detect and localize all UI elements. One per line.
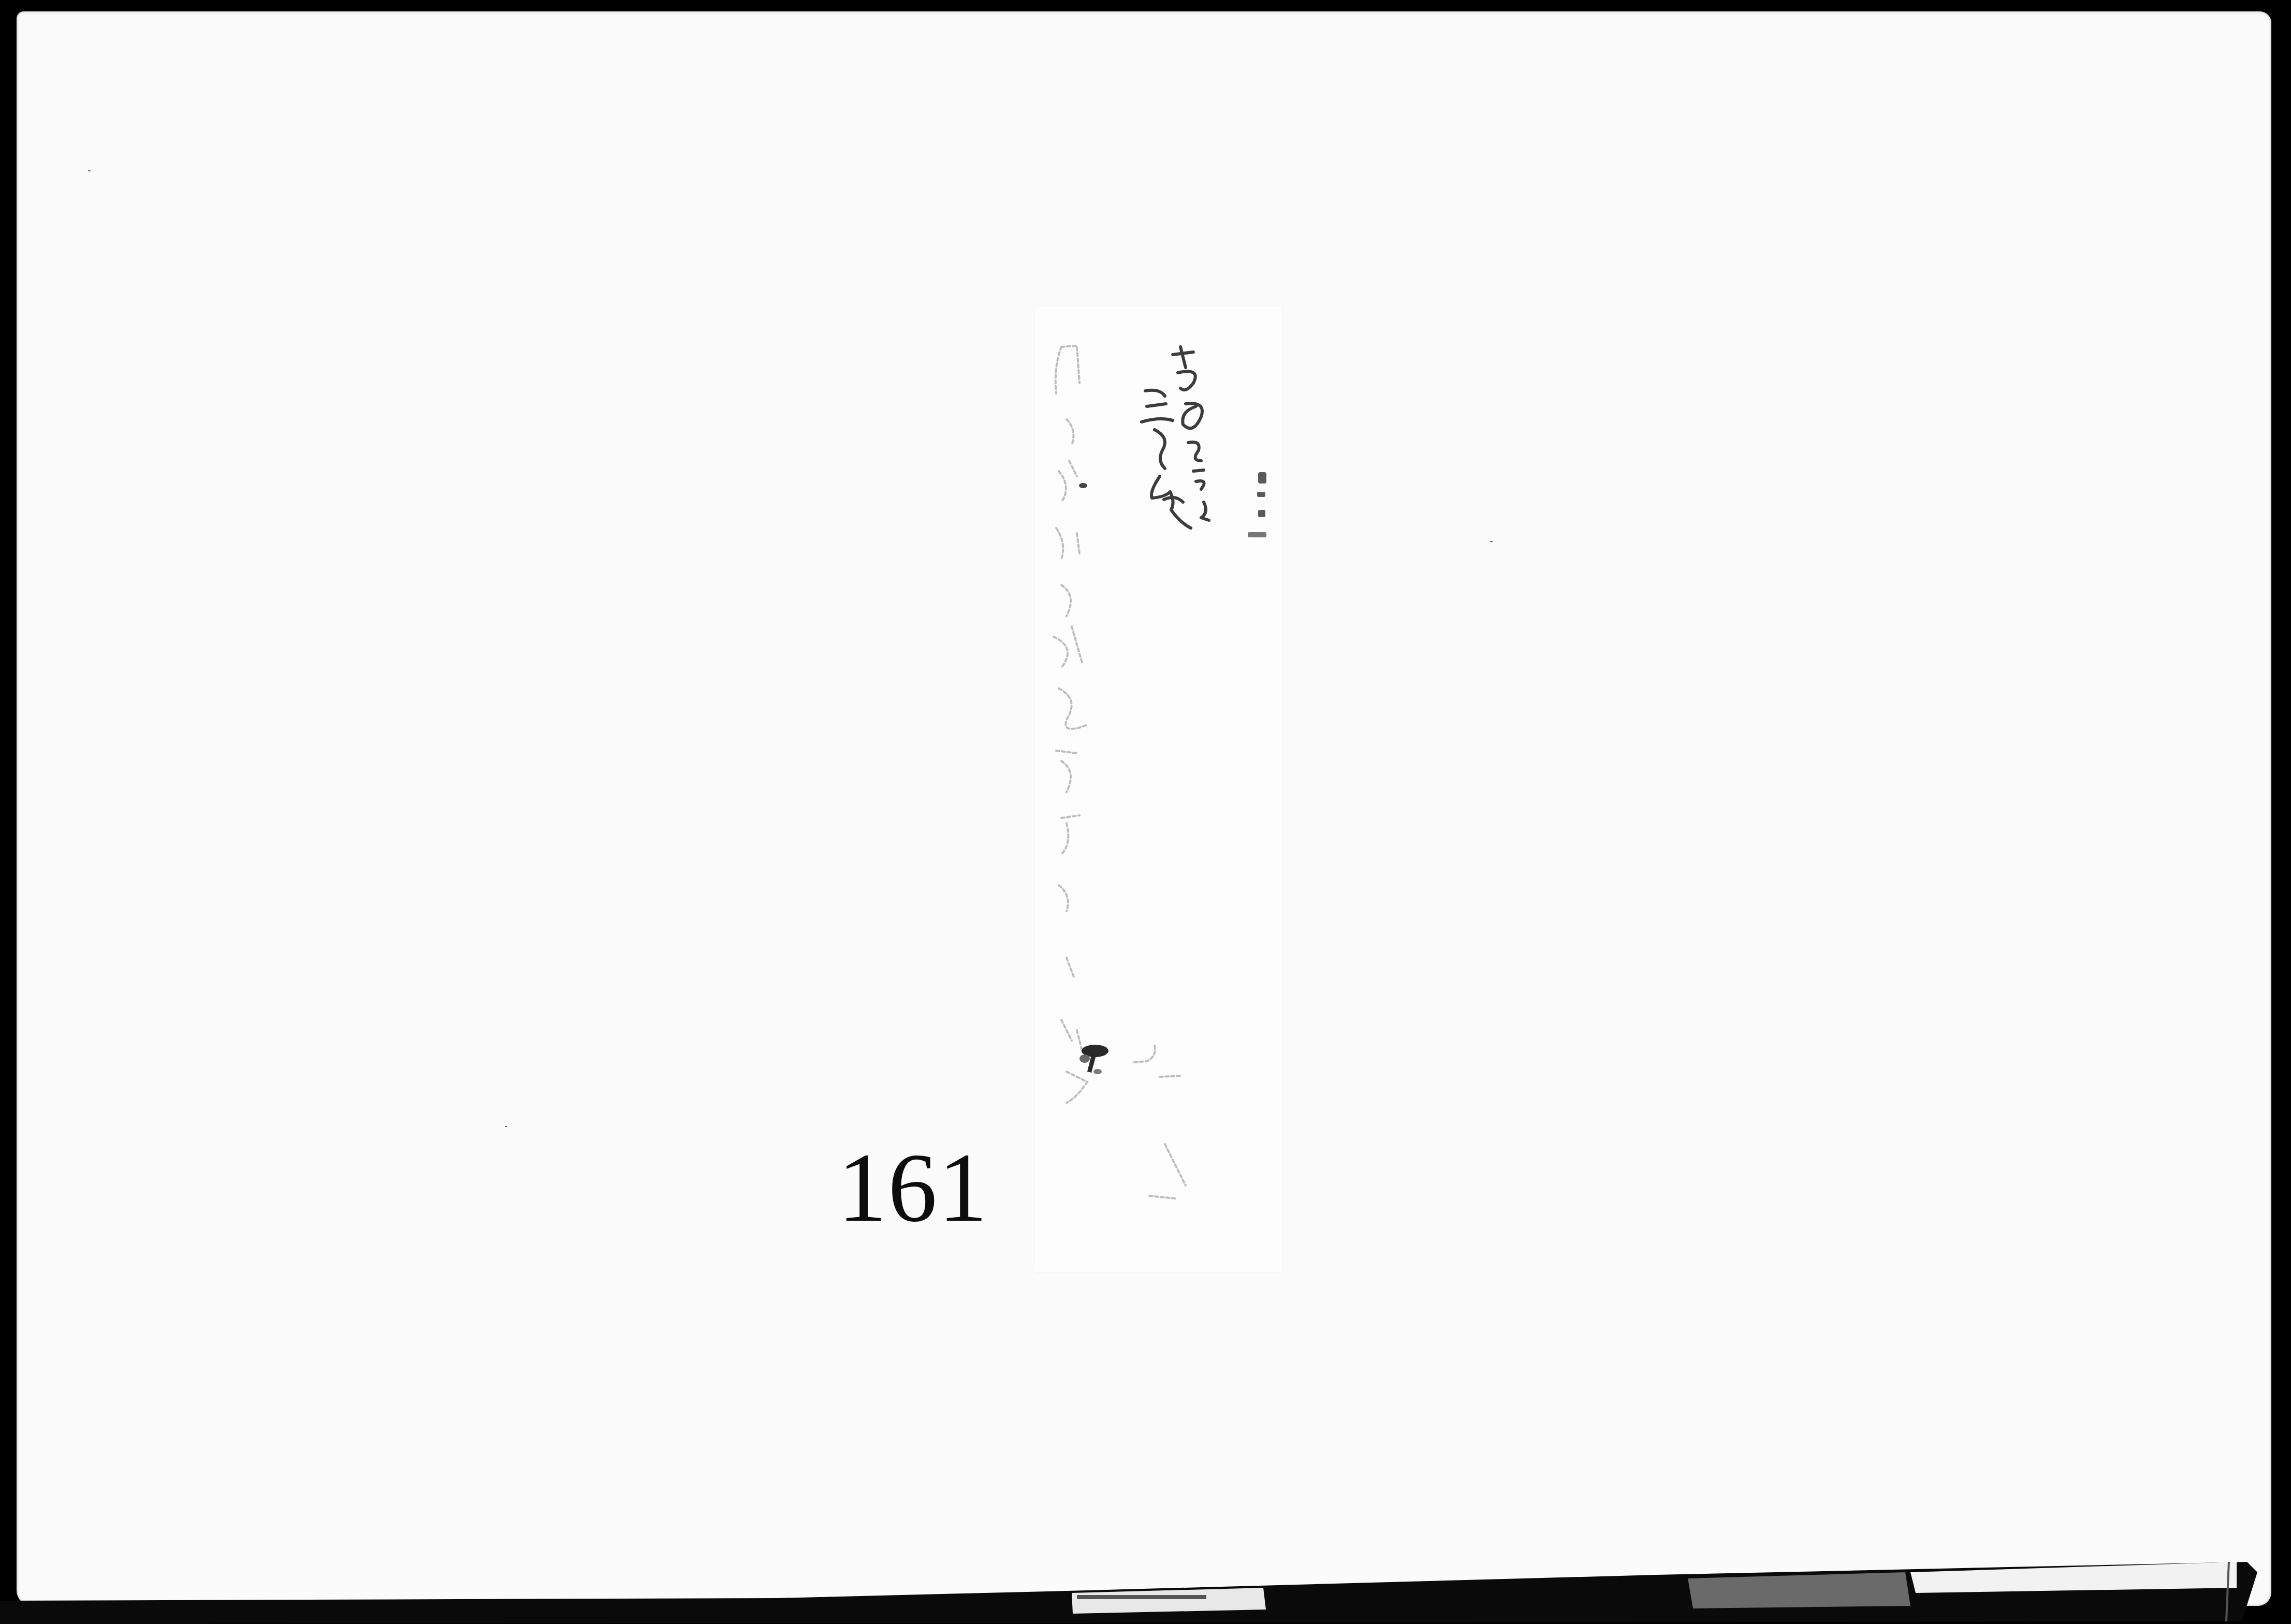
dust-speck	[505, 1126, 507, 1127]
dust-speck	[88, 170, 91, 171]
dark-ink-column	[1142, 347, 1209, 528]
ink-dot	[1079, 483, 1087, 488]
page-number-label: 161	[838, 1139, 988, 1237]
dust-speck	[1490, 541, 1493, 542]
edge-marks	[1248, 472, 1266, 537]
ink-blot	[1079, 1045, 1108, 1074]
calligraphy-strokes	[1030, 305, 1289, 1279]
faint-ink-column	[1054, 346, 1186, 1198]
